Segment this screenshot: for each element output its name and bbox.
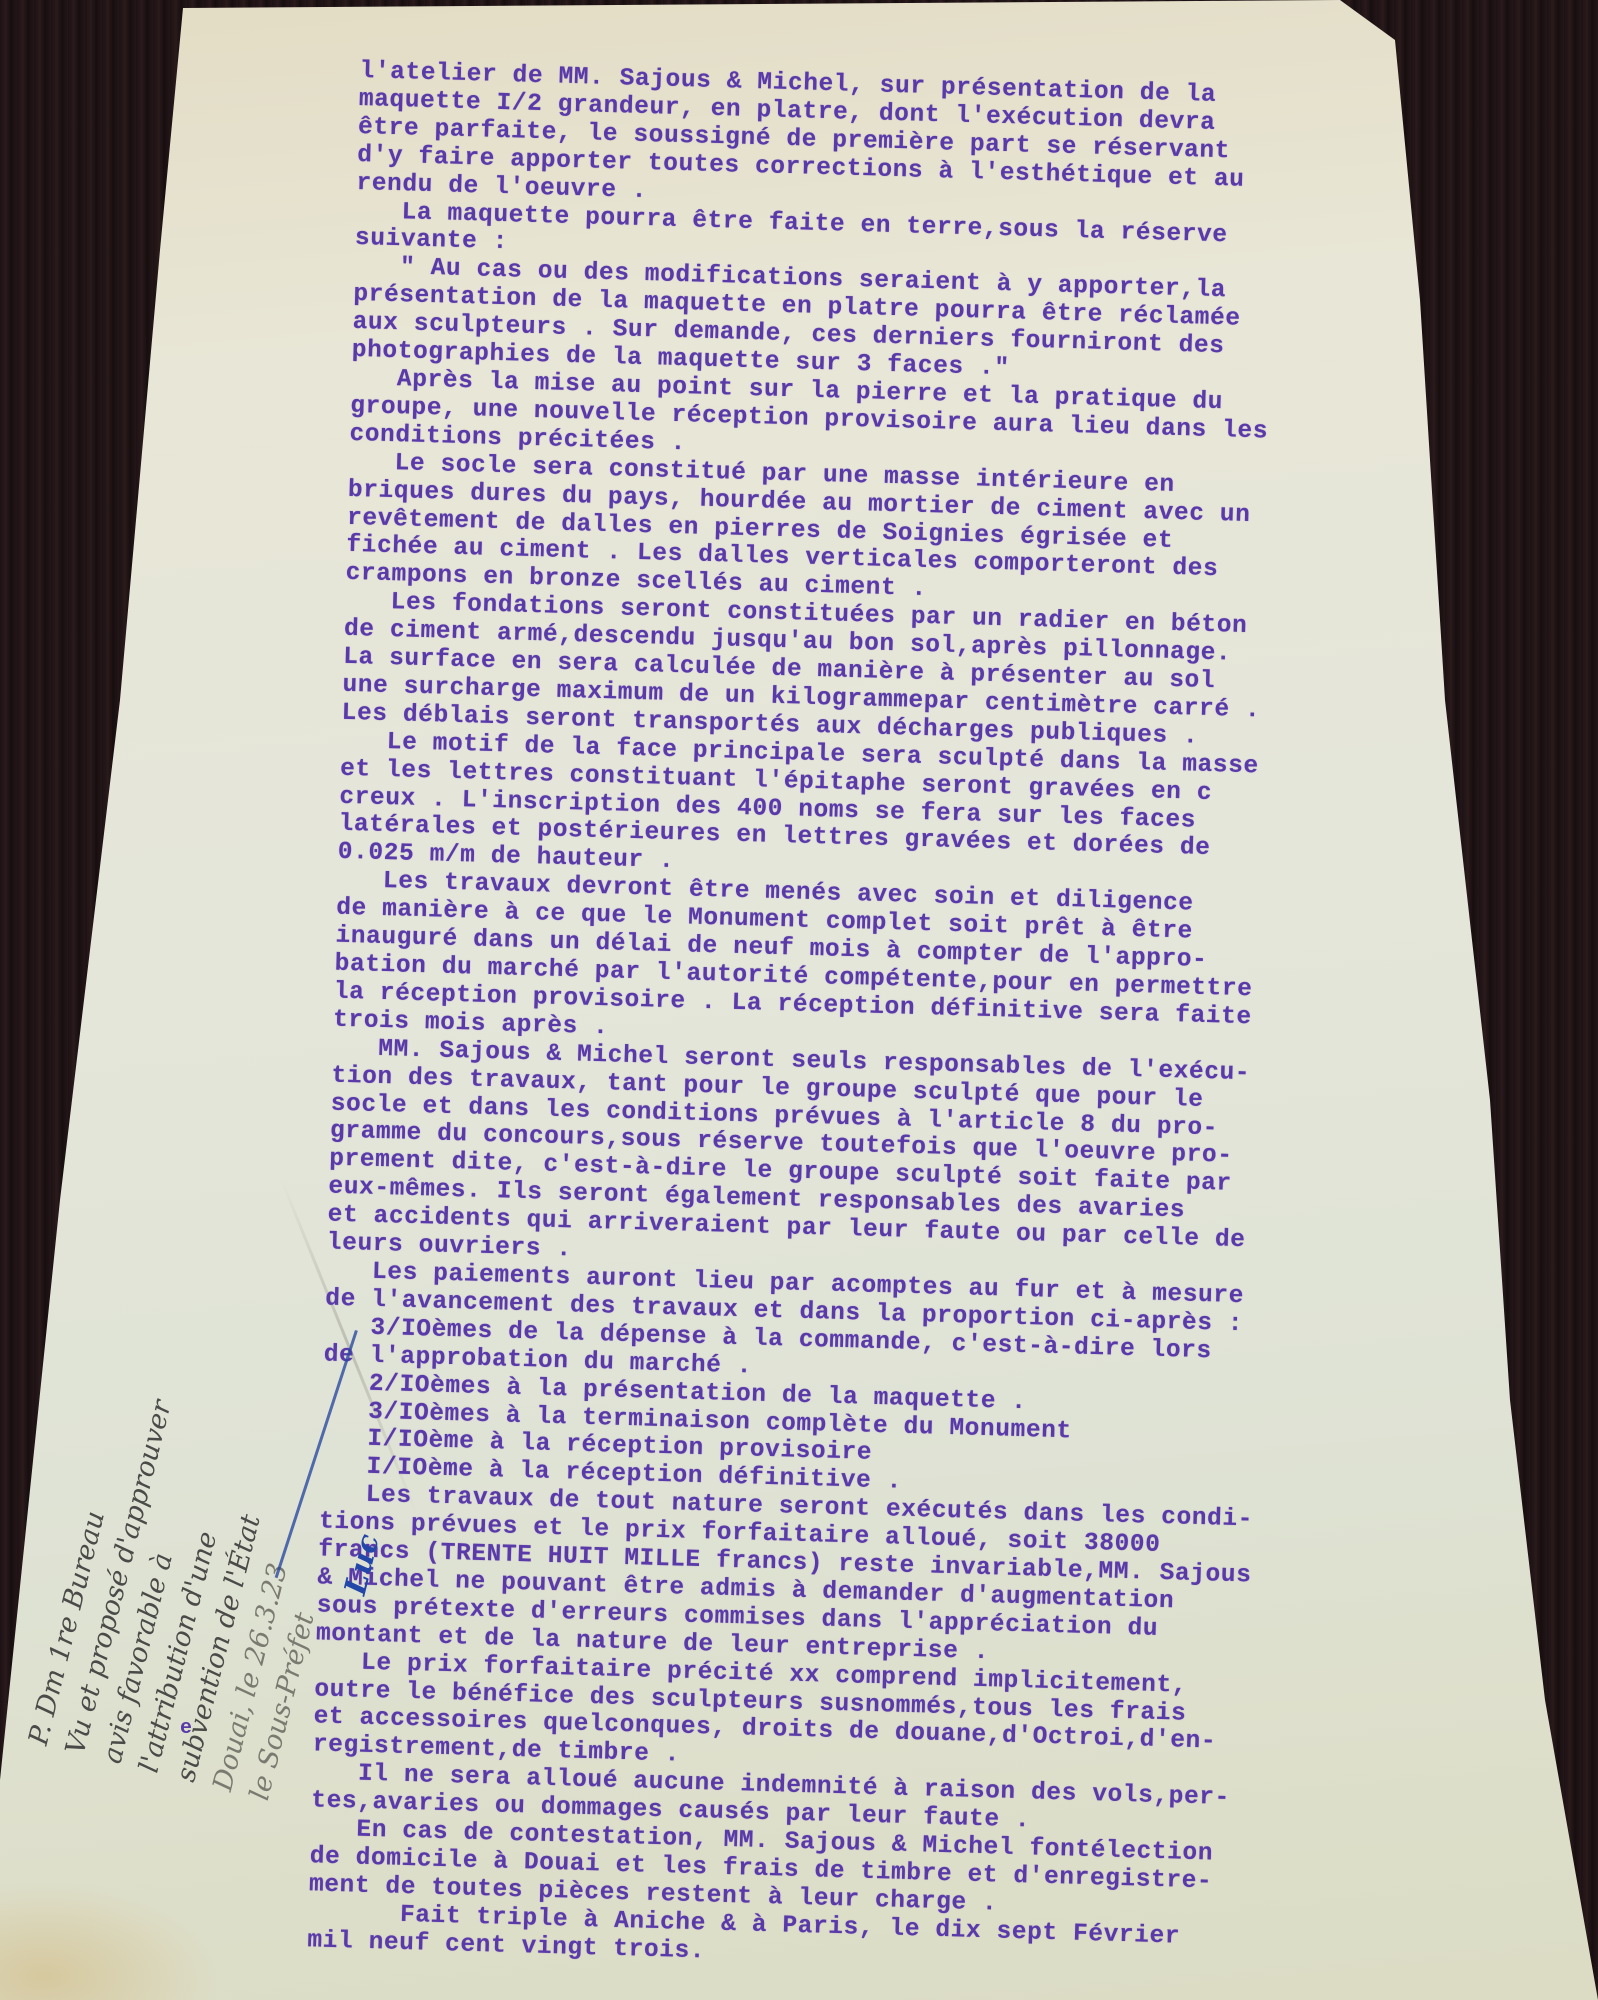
paper-stain	[0, 1880, 220, 2000]
typewritten-body: l'atelier de MM. Sajous & Michel, sur pr…	[307, 58, 1580, 1989]
stray-typed-mark: e	[180, 1717, 192, 1740]
